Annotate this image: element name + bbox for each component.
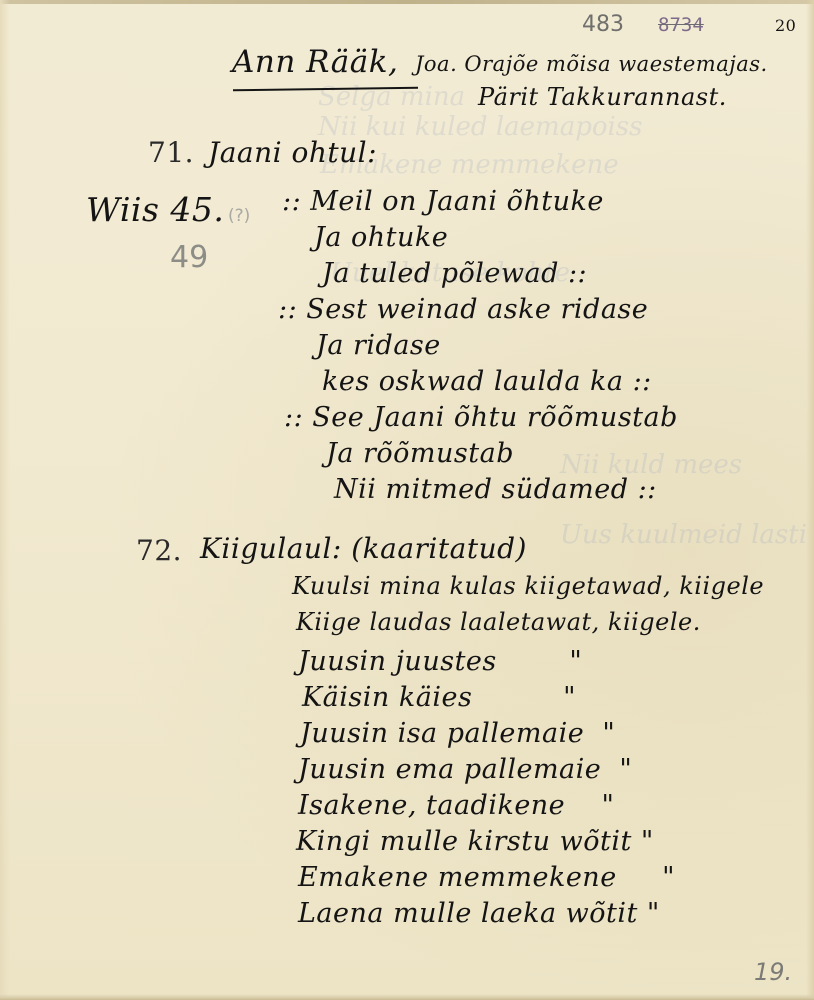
song-71-line: :: Sest weinad aske ridase	[278, 294, 648, 325]
song-71-line: Ja rõõmustab	[326, 438, 514, 469]
song-72-line: Käisin käies "	[302, 682, 576, 713]
song-71-line: kes oskwad laulda ka ::	[322, 366, 652, 397]
archive-pencil-number: 483	[582, 12, 624, 37]
song-71-title: Jaani ohtul:	[208, 136, 377, 169]
page-number-bottom: 19.	[754, 958, 792, 986]
manuscript-page: Selga mina Nii kui kuled laemapoiss Emak…	[0, 0, 814, 1000]
page-number-top: 20	[775, 16, 796, 35]
page-edge-right	[806, 0, 814, 1000]
bleed-through-line: Uus kuulmeid lasti	[560, 520, 807, 550]
song-71-line: Ja ohtuke	[314, 222, 448, 253]
song-72-line: Juusin juustes "	[298, 646, 582, 677]
song-71-tune-query: (?)	[228, 206, 250, 226]
song-72-line: Juusin ema pallemaie "	[298, 754, 632, 785]
song-72-line: Kingi mulle kirstu wõtit "	[296, 826, 654, 857]
song-72-line: Kiige laudas laaletawat, kiigele.	[296, 608, 701, 636]
song-72-number: 72.	[136, 534, 182, 567]
song-72-line: Kuulsi mina kulas kiigetawad, kiigele	[292, 572, 764, 600]
song-71-tune-pencil: 49	[170, 240, 208, 275]
song-71-line: Ja tuled põlewad ::	[322, 258, 587, 289]
page-edge-left	[0, 0, 10, 1000]
informant-name: Ann Rääk,	[232, 44, 398, 80]
song-72-line: Laena mulle laeka wõtit "	[298, 898, 660, 929]
song-72-title: Kiigulaul: (kaaritatud)	[200, 532, 527, 565]
song-72-line: Isakene, taadikene "	[298, 790, 614, 821]
song-71-line: :: Meil on Jaani õhtuke	[282, 186, 604, 217]
informant-origin: Pärit Takkurannast.	[478, 83, 727, 111]
informant-details: Joa. Orajõe mõisa waestemajas.	[415, 52, 768, 76]
page-edge-bottom	[0, 994, 814, 1000]
song-71-line: Nii mitmed südamed ::	[334, 474, 657, 505]
song-71-line: :: See Jaani õhtu rõõmustab	[284, 402, 678, 433]
archive-struck-stamp: 8734	[658, 14, 704, 36]
song-72-line: Juusin isa pallemaie "	[300, 718, 615, 749]
page-edge-top	[0, 0, 814, 4]
song-71-number: 71.	[148, 136, 194, 169]
song-71-tune-note: Wiis 45.	[86, 190, 224, 229]
song-72-line: Emakene memmekene "	[298, 862, 675, 893]
song-71-line: Ja ridase	[316, 330, 441, 361]
